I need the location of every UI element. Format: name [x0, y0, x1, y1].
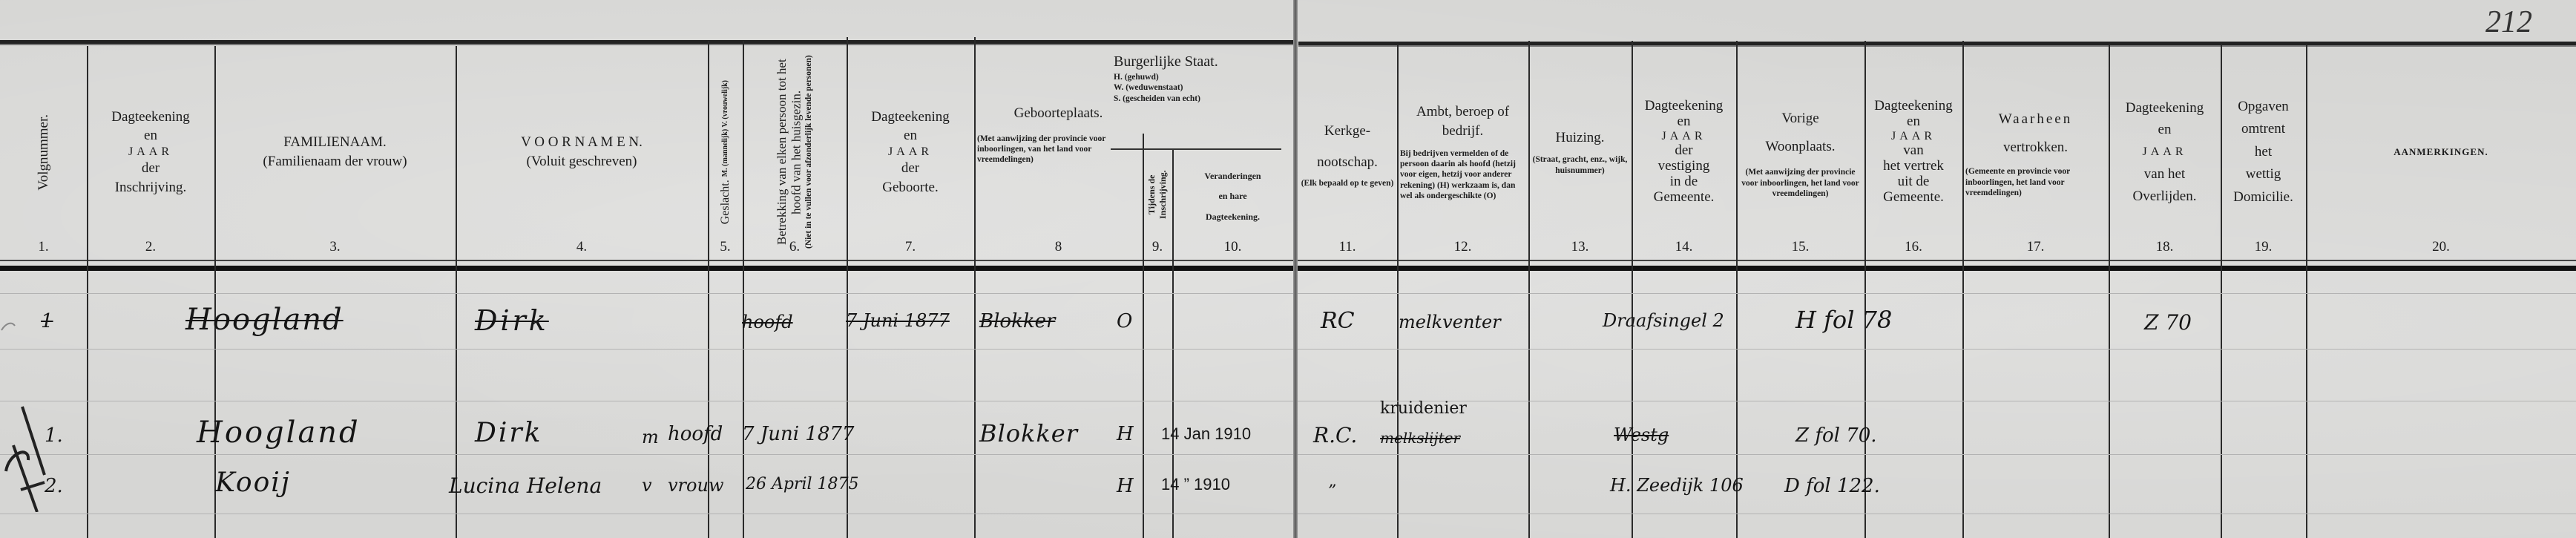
header-col-1-title: Volgnummer.	[34, 114, 53, 191]
header-text: Dagteekening	[871, 108, 950, 127]
header-text: Geslacht. M. (mannelijk) V. (vrouwelijk)	[719, 80, 732, 224]
header-note: (Met aanwijzing der provincie voor inboo…	[1739, 167, 1862, 199]
burgerlijke-staat: H	[1117, 475, 1134, 497]
header-col-14: Dagteekening en JAAR der vestiging in de…	[1632, 45, 1736, 260]
register-page: 212 Volgnummer. Dagteekening en JAAR der…	[0, 0, 2576, 538]
burgerlijke-staat: O	[1117, 310, 1132, 332]
header-text: en	[1907, 114, 1920, 130]
burgerlijke-staat: H	[1117, 423, 1134, 445]
header-number-rule	[0, 260, 2576, 261]
vestiging: Z fol 70.	[1795, 424, 1877, 447]
header-note: (Elk bepaald op te geven)	[1301, 178, 1394, 188]
voornamen: Lucina Helena	[449, 473, 602, 498]
header-col-6: Betrekking van elken persoon tot het hoo…	[743, 45, 847, 260]
column-number: 1.	[0, 239, 87, 260]
header-col-2: Dagteekening en JAAR der Inschrijving.	[87, 45, 214, 260]
veranderingen-datum: 14 ” 1910	[1161, 475, 1230, 494]
header-text: Veranderingen	[1204, 166, 1261, 187]
geboortedatum: 7 Juni 1877	[846, 310, 950, 331]
header-text: der	[142, 159, 160, 178]
column-number: 5.	[708, 239, 743, 260]
header-col-13: Huizing. (Straat, gracht, enz., wijk, hu…	[1528, 45, 1632, 260]
margin-mark-icon	[0, 315, 22, 338]
ruled-line	[0, 349, 2576, 350]
header-text: Woonplaats.	[1766, 133, 1836, 161]
header-text: Inschrijving.	[115, 178, 187, 197]
header-col-3: FAMILIENAAM. (Familienaam der vrouw)	[214, 45, 456, 260]
header-col-15: Vorige Woonplaats. (Met aanwijzing der p…	[1736, 45, 1864, 260]
ruled-line	[0, 514, 2576, 514]
header-text: Gemeente.	[1883, 190, 1944, 206]
header-text: JAAR	[888, 145, 933, 159]
vestiging: D fol 122.	[1784, 475, 1880, 497]
header-text: nootschap.	[1317, 147, 1378, 178]
header-text: en	[144, 126, 157, 145]
header-col-19: Opgaven omtrent het wettig Domicilie.	[2221, 45, 2306, 260]
column-number: 9.	[1143, 239, 1172, 260]
header-text: der	[901, 159, 919, 178]
beroep-correctie: kruidenier	[1380, 399, 1467, 418]
header-text: Dagteekening	[111, 108, 190, 127]
header-text: in de	[1670, 174, 1698, 190]
geslacht: v	[642, 475, 652, 496]
header-col-17: Waarheen vertrokken. (Gemeente en provin…	[1962, 45, 2109, 260]
ruled-line	[0, 454, 2576, 455]
column-number: 11.	[1298, 239, 1397, 260]
column-number: 18.	[2109, 239, 2221, 260]
header-note: (Niet in te vullen voor afzonderlijk lev…	[804, 52, 814, 252]
ruled-line	[0, 401, 2576, 401]
column-number: 13.	[1528, 239, 1632, 260]
header-text: Geslacht.	[719, 180, 732, 224]
header-text: Dagteekening	[2126, 97, 2204, 119]
header-col-5: Geslacht. M. (mannelijk) V. (vrouwelijk)	[708, 45, 743, 260]
header-text: AANMERKINGEN.	[2393, 146, 2488, 158]
voornamen: Dirk	[475, 418, 542, 448]
column-number: 12.	[1397, 239, 1528, 260]
kerkgenootschap: ”	[1328, 482, 1336, 501]
header-bottom-rule	[0, 266, 2576, 271]
header-col-9: Tijdens de Inschrijving.	[1143, 152, 1172, 237]
header-text: Tijdens de Inschrijving.	[1146, 152, 1169, 237]
header-col-10: Veranderingen en hare Dagteekening.	[1172, 152, 1293, 241]
geboorteplaats: Blokker	[979, 310, 1055, 332]
header-col-12: Ambt, beroep of bedrijf. Bij bedrijven v…	[1397, 45, 1528, 260]
header-note: W. (weduwenstaat)	[1114, 82, 1183, 93]
header-text: JAAR	[2142, 141, 2186, 163]
header-text: het	[2255, 141, 2272, 163]
header-note: (Voluit geschreven)	[527, 152, 637, 171]
header-text: V O O R N A M E N.	[521, 133, 643, 152]
header-text: Opgaven	[2238, 96, 2289, 118]
betrekking: hoofd	[668, 423, 723, 445]
column-number: 17.	[1962, 239, 2109, 260]
header-col-7: Dagteekening en JAAR der Geboorte.	[847, 45, 974, 260]
geslacht: m	[642, 427, 659, 447]
header-text: en hare	[1218, 186, 1246, 207]
header-text: Huizing.	[1556, 128, 1605, 148]
ruled-line	[0, 293, 2576, 294]
column-number: 8	[974, 239, 1143, 260]
header-note: (Familienaam der vrouw)	[263, 152, 407, 171]
veranderingen-datum: 14 Jan 1910	[1161, 424, 1251, 444]
column-number: 10.	[1172, 239, 1293, 260]
header-text: Overlijden.	[2132, 186, 2196, 207]
header-text: Waarheen	[1999, 105, 2072, 134]
header-col-1: Volgnummer.	[0, 45, 87, 260]
header-text: Domicilie.	[2233, 186, 2293, 209]
header-text: en	[1678, 114, 1691, 130]
page-number: 212	[2485, 4, 2532, 40]
header-text: het vertrek	[1883, 159, 1944, 174]
column-number: 3.	[214, 239, 456, 260]
column-number: 6.	[743, 239, 847, 260]
betrekking: vrouw	[668, 475, 723, 496]
familienaam: Kooij	[215, 468, 291, 498]
header-text: omtrent	[2241, 118, 2285, 140]
column-number: 15.	[1736, 239, 1864, 260]
geboortedatum: 26 April 1875	[746, 475, 859, 493]
header-text: JAAR	[1891, 130, 1936, 143]
column-number: 20.	[2306, 239, 2576, 260]
header-text: FAMILIENAAM.	[283, 133, 386, 152]
header-col-11: Kerkge- nootschap. (Elk bepaald op te ge…	[1298, 45, 1397, 260]
header-col-16: Dagteekening en JAAR van het vertrek uit…	[1864, 45, 1962, 260]
header-text: en	[904, 126, 917, 145]
header-col-18: Dagteekening en JAAR van het Overlijden.	[2109, 45, 2221, 260]
kerkgenootschap: RC	[1321, 308, 1355, 334]
volgnummer: 1	[41, 310, 53, 332]
header-text: Dagteekening	[1874, 99, 1953, 114]
beroep: melkslijter	[1380, 429, 1460, 447]
header-note: S. (gescheiden van echt)	[1114, 94, 1200, 104]
huizing: H. Zeedijk 106	[1610, 475, 1744, 496]
header-text: Geboorteplaats.	[1014, 104, 1103, 123]
column-number: 4.	[456, 239, 708, 260]
header-text: wettig	[2246, 163, 2281, 186]
betrekking: hoofd	[742, 312, 793, 332]
column-number: 2.	[87, 239, 214, 260]
header-text: JAAR	[1661, 130, 1706, 143]
header-note: H. (gehuwd)	[1114, 72, 1159, 82]
vestiging: H fol 78	[1795, 306, 1892, 334]
header-note: (Straat, gracht, enz., wijk, huisnummer)	[1531, 154, 1629, 176]
familienaam: Hoogland	[197, 416, 361, 450]
header-text: Dagteekening.	[1206, 207, 1260, 228]
header-text: vertrokken.	[2003, 134, 2068, 162]
huizing: Draafsingel 2	[1603, 310, 1724, 331]
familienaam: Hoogland	[185, 303, 344, 337]
voornamen: Dirk	[475, 304, 549, 337]
header-note: M. (mannelijk) V. (vrouwelijk)	[721, 80, 729, 177]
header-text: Ambt, beroep of bedrijf.	[1400, 102, 1525, 140]
header-text: Kerkge-	[1324, 116, 1370, 147]
geboorteplaats: Blokker	[979, 419, 1078, 447]
header-text: Geboorte.	[882, 178, 938, 197]
column-number: 16.	[1864, 239, 1962, 260]
header-text: Betrekking van elken persoon tot het hoo…	[775, 52, 804, 252]
column-number: 14.	[1632, 239, 1736, 260]
huizing: Westg	[1614, 424, 1669, 445]
header-text: en	[2158, 119, 2172, 140]
header-text: JAAR	[128, 145, 173, 159]
header-col-20: AANMERKINGEN.	[2306, 45, 2576, 260]
header-text: der	[1675, 143, 1692, 159]
header-text: vestiging	[1658, 159, 1710, 174]
cancellation-mark-icon	[0, 401, 52, 512]
header-text: Vorige	[1781, 105, 1818, 133]
header-text: uit de	[1898, 174, 1930, 190]
header-text: van het	[2144, 163, 2185, 185]
geboortedatum: 7 Juni 1877	[742, 423, 854, 445]
header-text: Gemeente.	[1654, 190, 1715, 206]
header-burgerlijke-staat: Burgerlijke Staat. H. (gehuwd) W. (weduw…	[1111, 52, 1289, 148]
column-number: 19.	[2221, 239, 2306, 260]
header-col-4: V O O R N A M E N. (Voluit geschreven)	[456, 45, 708, 260]
header-text: Dagteekening	[1645, 99, 1724, 114]
header-note: Bij bedrijven vermelden of de persoon da…	[1400, 148, 1525, 202]
kerkgenootschap: R.C.	[1313, 423, 1357, 447]
beroep: melkventer	[1399, 312, 1501, 332]
column-number: 7.	[847, 239, 974, 260]
waarheen-vertrokken: Z 70	[2144, 310, 2192, 335]
header-note: (Gemeente en provincie voor inboorlingen…	[1965, 166, 2106, 198]
header-text: Burgerlijke Staat.	[1114, 52, 1218, 72]
header-text: van	[1903, 143, 1923, 159]
